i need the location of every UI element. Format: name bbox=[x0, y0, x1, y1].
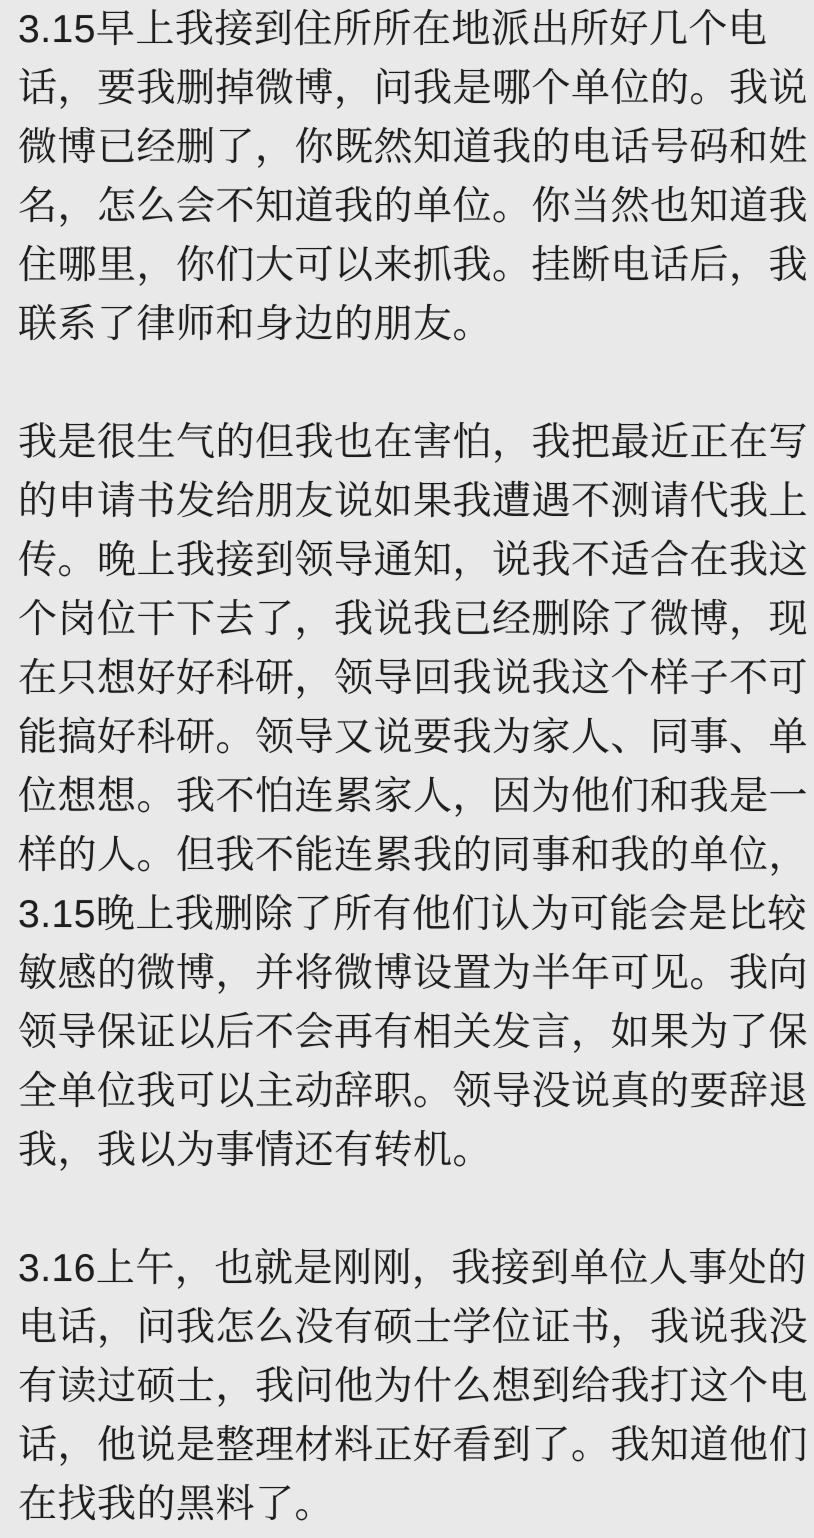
text-line: 有读过硕士，我问他为什么想到给我打这个电 bbox=[18, 1357, 804, 1416]
text-line: 微博已经删了，你既然知道我的电话号码和姓 bbox=[18, 118, 804, 177]
text-line: 能搞好科研。领导又说要我为家人、同事、单 bbox=[18, 708, 804, 767]
text-line: 电话，问我怎么没有硕士学位证书，我说我没 bbox=[18, 1298, 804, 1357]
text-line: 的申请书发给朋友说如果我遭遇不测请代我上 bbox=[18, 472, 804, 531]
text-line: 领导保证以后不会再有相关发言，如果为了保 bbox=[18, 1003, 804, 1062]
paragraph: 我是很生气的但我也在害怕，我把最近正在写的申请书发给朋友说如果我遭遇不测请代我上… bbox=[18, 413, 804, 1180]
text-line: 名，怎么会不知道我的单位。你当然也知道我 bbox=[18, 177, 804, 236]
paragraph: 3.16上午，也就是刚刚，我接到单位人事处的电话，问我怎么没有硕士学位证书，我说… bbox=[18, 1239, 804, 1534]
text-line: 在找我的黑料了。 bbox=[18, 1475, 804, 1534]
text-line: 传。晚上我接到领导通知，说我不适合在我这 bbox=[18, 531, 804, 590]
text-line: 住哪里，你们大可以来抓我。挂断电话后，我 bbox=[18, 236, 804, 295]
text-line: 话，他说是整理材料正好看到了。我知道他们 bbox=[18, 1416, 804, 1475]
text-line: 联系了律师和身边的朋友。 bbox=[18, 295, 804, 354]
text-line: 3.15早上我接到住所所在地派出所好几个电 bbox=[18, 0, 804, 59]
text-line: 个岗位干下去了，我说我已经删除了微博，现 bbox=[18, 590, 804, 649]
paragraph: 3.15早上我接到住所所在地派出所好几个电话，要我删掉微博，问我是哪个单位的。我… bbox=[18, 0, 804, 354]
text-line: 我是很生气的但我也在害怕，我把最近正在写 bbox=[18, 413, 804, 472]
text-line: 敏感的微博，并将微博设置为半年可见。我向 bbox=[18, 944, 804, 1003]
text-line: 3.15晚上我删除了所有他们认为可能会是比较 bbox=[18, 885, 804, 944]
text-line: 样的人。但我不能连累我的同事和我的单位， bbox=[18, 826, 804, 885]
text-line: 我，我以为事情还有转机。 bbox=[18, 1121, 804, 1180]
text-line: 话，要我删掉微博，问我是哪个单位的。我说 bbox=[18, 59, 804, 118]
text-document: 3.15早上我接到住所所在地派出所好几个电话，要我删掉微博，问我是哪个单位的。我… bbox=[0, 0, 814, 1534]
text-line: 全单位我可以主动辞职。领导没说真的要辞退 bbox=[18, 1062, 804, 1121]
text-line: 3.16上午，也就是刚刚，我接到单位人事处的 bbox=[18, 1239, 804, 1298]
text-line: 在只想好好科研，领导回我说我这个样子不可 bbox=[18, 649, 804, 708]
text-line: 位想想。我不怕连累家人，因为他们和我是一 bbox=[18, 767, 804, 826]
